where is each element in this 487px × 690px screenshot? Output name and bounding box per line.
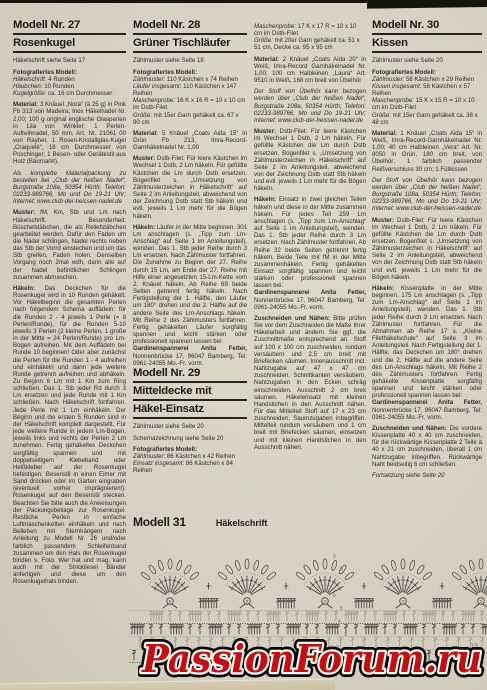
petal-symbol [331, 560, 338, 571]
spec-key: Maschenprobe: [372, 97, 414, 104]
spec-key: Zählmuster: [133, 453, 165, 460]
article-heading: Mitteldecke mit [133, 385, 247, 401]
article-heading: Modell Nr. 29 [133, 367, 247, 383]
spec-line: Größe: mit 15er Garn gehäkelt ca. 38 x 4… [372, 112, 482, 126]
paragraph: Gardinenspannerei Anita Fetter, Nonnenbr… [254, 289, 366, 310]
reference-note: Zählmuster siehe Seite 18 [133, 57, 247, 64]
chart-row-number: 8 [340, 567, 343, 573]
spec-key: Zählmuster: [133, 76, 165, 83]
petal-symbol [416, 564, 425, 575]
fan-center-number: 5 [246, 599, 249, 604]
petal-symbol [157, 560, 164, 571]
reference-note: Schemazeichnung siehe Seite 20 [133, 435, 247, 442]
petal-symbol [148, 564, 157, 575]
paragraph-label: Häkeln: [372, 285, 394, 292]
petal-symbol [260, 564, 269, 575]
paragraph: Häkeln: Läufer in der Mitte beginnen. 30… [133, 224, 247, 346]
petal-symbol [234, 560, 241, 571]
article-column-modell-28-29: Modell Nr. 28Grüner TischläuferZählmuste… [133, 19, 247, 516]
spec-line: Zählmuster: 58 Kästchen x 29 Reihen [372, 76, 482, 83]
paragraph: Häkeln: Kissenplatte in der Mitte beginn… [372, 285, 482, 400]
chart-section-subtitle: Häkelschrift [216, 518, 268, 528]
supplier-note: Fortsetzung siehe Seite 20 [372, 472, 482, 479]
paragraph-label: Muster: [254, 128, 276, 135]
chart-row-number: 6 [333, 593, 336, 599]
petal-symbol [451, 571, 462, 581]
paragraph-text: Dstb-Filet: Für leere Kästchen im Wechse… [254, 128, 366, 192]
supplier-note: Als komplette Materialpackung zu bestell… [13, 170, 126, 206]
petal-symbol [323, 559, 327, 569]
paragraph-text: Kissenplatte in der Mitte beginnen. 175 … [372, 285, 482, 399]
spec-value: 110 Kästchen x 74 Reihen [167, 76, 238, 83]
petal-symbol [312, 560, 319, 571]
spec-line: Zählmuster: 110 Kästchen x 74 Reihen [133, 76, 247, 83]
article-column-modell-30: Modell Nr. 30KissenZählmuster siehe Seit… [372, 19, 482, 519]
chart-row-number: 9 [333, 554, 336, 560]
scan-top-edge-corner [367, 0, 487, 9]
article-heading: Häkel-Einsatz [133, 403, 247, 419]
paragraph: Material: 3 Knäuel „Nora“ (à 25 g) in Pi… [13, 101, 126, 165]
petal-symbol [373, 571, 384, 581]
spec-block: Fotografiertes Modell:Häkelschrift: 4 Ru… [13, 69, 126, 98]
paragraph-text: fM, Km, Stb und Lm nach Häkelschrift. Be… [13, 209, 126, 280]
paragraph: Material: 2 Knäuel „Coats Aida 20“ in We… [254, 56, 366, 85]
petal-symbol [468, 560, 475, 571]
spec-title: Fotografiertes Modell: [13, 69, 126, 76]
spec-key: Läufer insgesamt: [133, 83, 181, 90]
paragraph-label: Gardinenspannerei Anita Fetter, [372, 399, 482, 406]
spec-line: Größe: mit 15er Garn gehäkelt ca. 67 x 9… [133, 112, 247, 126]
paragraph: Zuschneiden und Nähen: Die vordere Kisse… [372, 425, 482, 468]
paragraph: Muster: Dstb-Filet: Für leere Kästchen i… [372, 217, 482, 281]
spec-line: Maschenprobe: 15 K x 15 R = 10 x 10 cm i… [372, 97, 482, 111]
paragraph: Muster: Dstb-Filet: Für leere Kästchen i… [133, 155, 247, 219]
paragraph: Zuschneiden und Nähen: Bitte prüfen Sie … [254, 315, 366, 451]
paragraph-text: Die vordere Kissenplatte 40 x 40 cm zusc… [372, 425, 482, 468]
reference-note: Häkelschrift siehe Seite 17 [13, 57, 126, 64]
paragraph-text: Dstb-Filet: Für leere Kästchen im Wechse… [372, 217, 482, 281]
spec-line: Kugelgröße: ca. 16 cm Durchmesser [13, 90, 126, 97]
fan-center-number: 5 [402, 599, 405, 604]
spec-value: 58 Kästchen x 29 Reihen [406, 76, 474, 83]
spec-value: ca. 16 cm Durchmesser [48, 90, 112, 97]
chart-section-header: Modell 31 Häkelschrift [133, 515, 267, 529]
spec-line: Häkelschrift: 4 Runden [13, 76, 126, 83]
paragraph-label: Muster: [372, 217, 394, 224]
paragraph-label: Material: [133, 130, 158, 137]
article-heading: Modell Nr. 30 [372, 19, 482, 35]
watermark: PassionForum.ru PassionForum.ru PassionF… [138, 628, 487, 690]
paragraph: Häkeln: Einsatz in zwei gleichen Teilen … [254, 196, 366, 289]
petal-symbol [381, 564, 390, 575]
spec-block: Fotografiertes Modell:Zählmuster: 58 Käs… [372, 69, 482, 126]
paragraph-label: Häkeln: [254, 196, 276, 203]
paragraph-label: Material: [13, 101, 38, 108]
spec-key: Maschenprobe: [254, 23, 296, 30]
petal-symbol [189, 571, 200, 581]
reference-note: Zählmuster siehe Seite 20 [372, 57, 482, 64]
spec-title: Fotografiertes Modell: [372, 69, 482, 76]
article-heading: Kissen [372, 37, 482, 53]
paragraph: Gardinenspannerei Anita Fetter, Nonnenbr… [133, 345, 247, 366]
spec-key: Häubchen: [13, 83, 42, 90]
chart-section-title: Modell 31 [133, 515, 186, 529]
fan-center-number: 5 [324, 599, 327, 604]
paragraph-label: Material: [254, 56, 279, 63]
paragraph-text: Nonnenbrücke 17, 96047 Bamberg, Tel: 096… [133, 353, 247, 367]
spec-key: Einsatz insgesamt: [133, 460, 184, 467]
article-heading: Rosenkugel [13, 37, 126, 53]
petal-symbol [217, 571, 228, 581]
spec-line: Läufer insgesamt: 110 Kästchen x 147 Rei… [133, 83, 247, 97]
spec-line: Größe: mit 20er Garn gehäkelt ca. 51 x 5… [254, 37, 366, 51]
paragraph-label: Häkeln: [13, 285, 35, 292]
article-heading: Modell Nr. 28 [133, 19, 247, 35]
spec-key: Kissen insgesamt: [372, 83, 421, 90]
reference-note: Zählmuster siehe Seite 20 [133, 423, 247, 430]
paragraph: Gardinenspannerei Anita Fetter, Nonnenbr… [372, 399, 482, 420]
paragraph: Häkeln: Das Deckchen für die Rosenkugel … [13, 285, 126, 586]
paragraph: Material: 5 Knäuel „Coats Aida 15“ in Gr… [133, 130, 247, 151]
paragraph-text: Das Deckchen für die Rosenkugel wird in … [13, 285, 126, 585]
magazine-page: Modell Nr. 27RosenkugelHäkelschrift sieh… [0, 0, 487, 690]
petal-symbol [401, 559, 405, 569]
chart-row-number: 4 [338, 619, 341, 625]
spec-line: Häubchen: 10 Runden [13, 83, 126, 90]
watermark-text: PassionForum.ru [141, 636, 482, 681]
spec-block: Fotografiertes Modell:Zählmuster: 110 Kä… [133, 69, 247, 126]
supplier-note: Der Stoff von Übelhör kann bezogen werde… [254, 88, 366, 124]
spec-key: Maschenprobe: [133, 97, 175, 104]
article-heading: Grüner Tischläufer [133, 37, 247, 53]
petal-symbol [295, 571, 306, 581]
chart-row-number: 7 [334, 580, 337, 586]
petal-symbol [176, 560, 183, 571]
fan-center-number: 5 [169, 599, 172, 604]
spec-block: Maschenprobe: 17 K x 17 R = 10 x 10 cm i… [254, 23, 366, 52]
petal-symbol [140, 571, 151, 581]
supplier-note: Der Stoff von Übelhör kann bezogen werde… [372, 177, 482, 213]
spec-value: 86 Kästchen x 42 Reihen [167, 453, 235, 460]
spec-line: Kissen insgesamt: 58 Kästchen x 57 Reihe… [372, 83, 482, 97]
paragraph-text: 3 Knäuel „Nora“ (à 25 g) in Pink Fb 313 … [13, 101, 126, 165]
spec-title: Fotografiertes Modell: [133, 69, 247, 76]
paragraph-label: Muster: [133, 155, 155, 162]
paragraph-text: Dstb-Filet: Für leere Kästchen im Wechse… [133, 155, 247, 219]
paragraph-label: Muster: [13, 209, 35, 216]
paragraph-label: Gardinenspannerei Anita Fetter, [254, 289, 366, 296]
paragraph-text: Läufer in der Mitte beginnen. 301 Lm ans… [133, 224, 247, 346]
spec-key: Größe: [133, 112, 152, 119]
paragraph-text: Nonnenbrücke 17, 96047 Bamberg, Tel: 096… [254, 297, 366, 311]
paragraph-text: Bitte prüfen Sie vor dem Zuschneiden die… [254, 315, 366, 451]
spec-block: Fotografiertes Modell:Zählmuster: 86 Käs… [133, 446, 247, 475]
petal-symbol [253, 560, 260, 571]
spec-line: Maschenprobe: 16 K x 16 R = 10 x 10 cm i… [133, 97, 247, 111]
paragraph-text: Nonnenbrücke 17, 96047 Bamberg, Tel: 096… [372, 407, 482, 421]
paragraph-label: Zuschneiden und Nähen: [254, 315, 330, 322]
spec-value: 4 Runden [48, 76, 74, 83]
article-heading: Modell Nr. 27 [13, 19, 126, 35]
spec-value: 10 Runden [44, 83, 74, 90]
petal-symbol [459, 564, 468, 575]
paragraph-label: Material: [372, 130, 397, 137]
paragraph-text: 1 Knäuel „Coats Aida 15“ in Weiß, Imra-R… [372, 130, 482, 173]
petal-symbol [266, 571, 277, 581]
article-column-modell-27: Modell Nr. 27RosenkugelHäkelschrift sieh… [13, 19, 126, 659]
spec-line: Einsatz insgesamt: 86 Kästchen x 84 Reih… [133, 460, 247, 474]
spec-key: Größe: [254, 37, 273, 44]
spec-key: Zählmuster: [372, 76, 404, 83]
petal-symbol [225, 564, 234, 575]
paragraph: Material: 1 Knäuel „Coats Aida 15“ in We… [372, 130, 482, 173]
paragraph-text: Einsatz in zwei gleichen Teilen häkeln u… [254, 196, 366, 289]
spec-title: Fotografiertes Modell: [133, 446, 247, 453]
spec-line: Zählmuster: 86 Kästchen x 42 Reihen [133, 453, 247, 460]
paragraph: Muster: Dstb-Filet: Für leere Kästchen i… [254, 128, 366, 192]
spec-key: Größe: [372, 112, 391, 119]
paragraph-label: Häkeln: [133, 224, 155, 231]
petal-symbol [409, 560, 416, 571]
paragraph-label: Zuschneiden und Nähen: [372, 425, 447, 432]
petal-symbol [344, 571, 355, 581]
paragraph-label: Gardinenspannerei Anita Fetter, [133, 345, 247, 352]
paragraph: Muster: fM, Km, Stb und Lm nach Häkelsch… [13, 209, 126, 281]
petal-symbol [168, 559, 172, 569]
article-column-modell-29-continued: Maschenprobe: 17 K x 17 R = 10 x 10 cm i… [254, 19, 366, 516]
petal-symbol [479, 559, 483, 569]
petal-symbol [183, 564, 192, 575]
spec-key: Kugelgröße: [13, 90, 46, 97]
petal-symbol [303, 564, 312, 575]
petal-symbol [390, 560, 397, 571]
petal-symbol [245, 559, 249, 569]
spec-key: Häkelschrift: [13, 76, 47, 83]
petal-symbol [422, 571, 433, 581]
fan-center-number: 5 [480, 599, 483, 604]
spec-line: Maschenprobe: 17 K x 17 R = 10 x 10 cm i… [254, 23, 366, 37]
chart-row-number: 5 [340, 606, 343, 612]
